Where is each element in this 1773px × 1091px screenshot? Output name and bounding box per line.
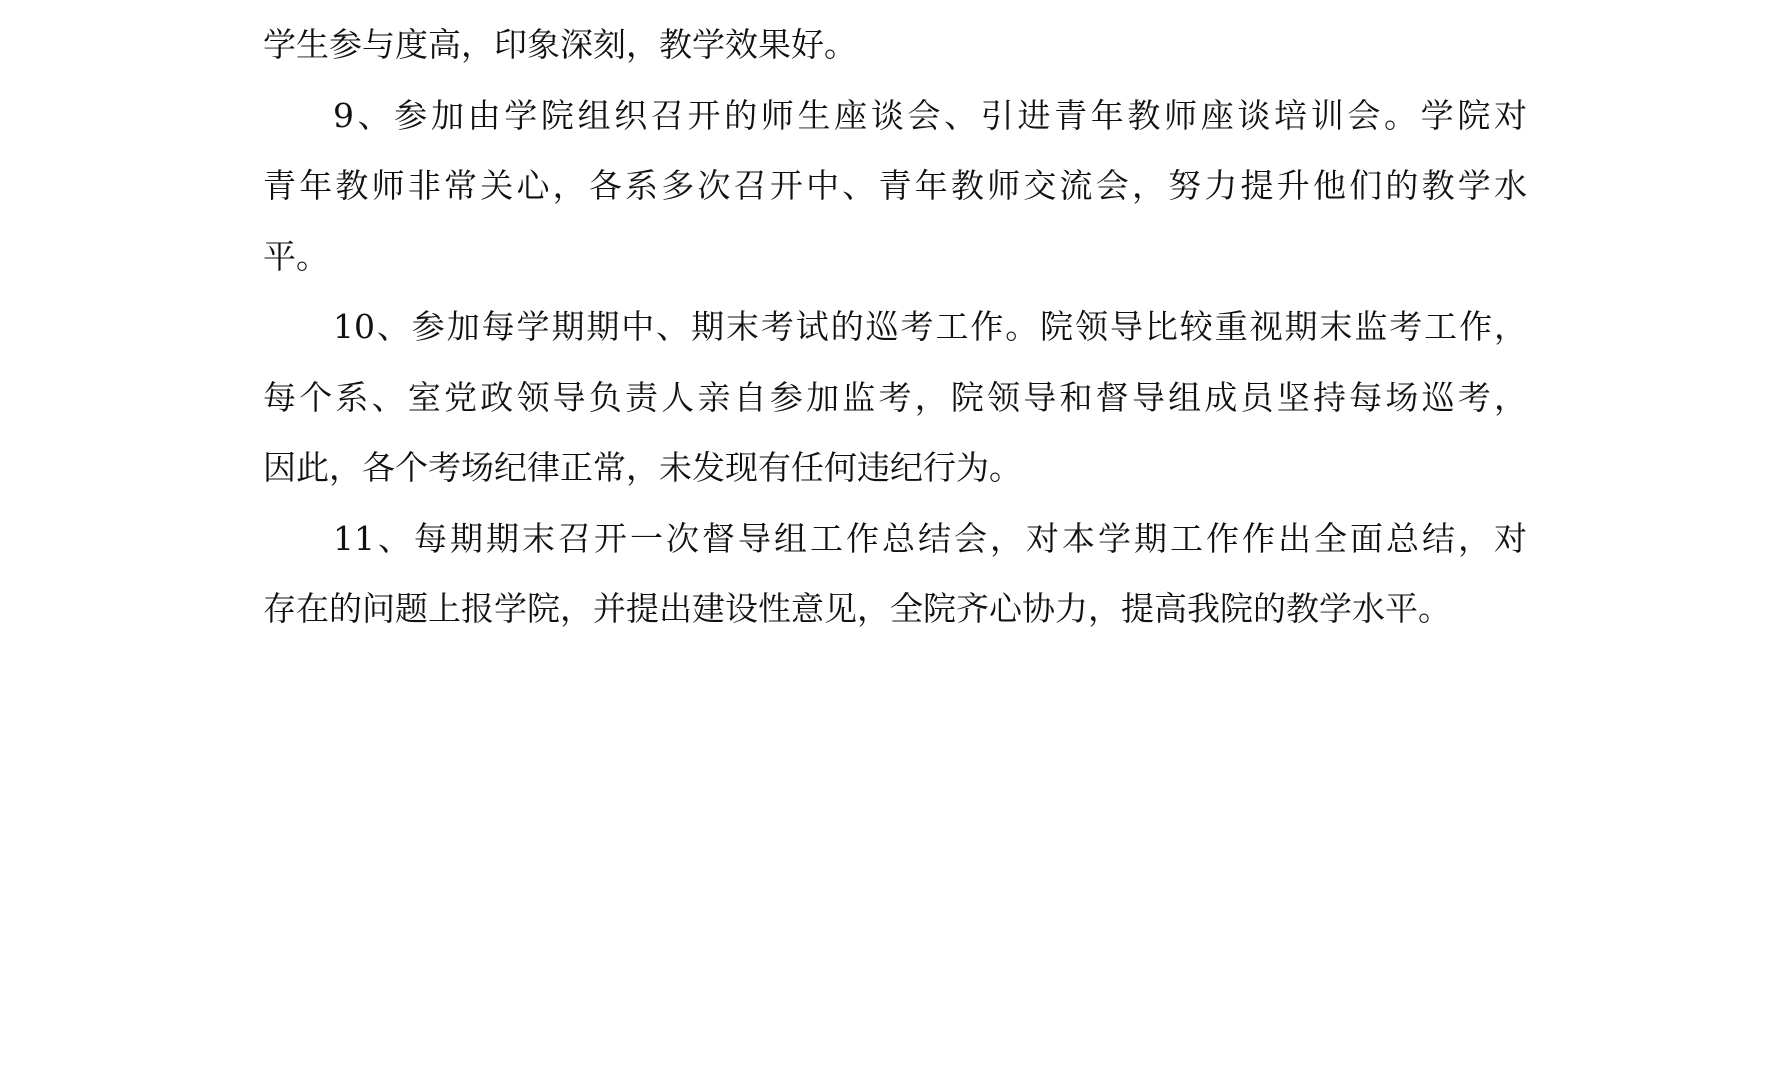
text-line: 存在的问题上报学院，并提出建设性意见，全院齐心协力，提高我院的教学水平。 [263,574,1527,645]
text-line: 学生参与度高，印象深刻，教学效果好。 [263,10,1527,81]
text-line: 11、每期期末召开一次督导组工作总结会，对本学期工作作出全面总结，对 [263,504,1527,575]
text-line: 因此，各个考场纪律正常，未发现有任何违纪行为。 [263,433,1527,504]
paragraph-8-tail: 学生参与度高，印象深刻，教学效果好。 [263,10,1527,81]
text-line: 10、参加每学期期中、期末考试的巡考工作。院领导比较重视期末监考工作， [263,292,1527,363]
paragraph-10: 10、参加每学期期中、期末考试的巡考工作。院领导比较重视期末监考工作， 每个系、… [263,292,1527,504]
paragraph-11: 11、每期期末召开一次督导组工作总结会，对本学期工作作出全面总结，对 存在的问题… [263,504,1527,645]
document-page: 学生参与度高，印象深刻，教学效果好。 9、参加由学院组织召开的师生座谈会、引进青… [263,0,1527,645]
text-line: 青年教师非常关心，各系多次召开中、青年教师交流会，努力提升他们的教学水 [263,151,1527,222]
text-line: 平。 [263,222,1527,293]
paragraph-9: 9、参加由学院组织召开的师生座谈会、引进青年教师座谈培训会。学院对 青年教师非常… [263,81,1527,293]
text-line: 9、参加由学院组织召开的师生座谈会、引进青年教师座谈培训会。学院对 [263,81,1527,152]
text-line: 每个系、室党政领导负责人亲自参加监考，院领导和督导组成员坚持每场巡考， [263,363,1527,434]
